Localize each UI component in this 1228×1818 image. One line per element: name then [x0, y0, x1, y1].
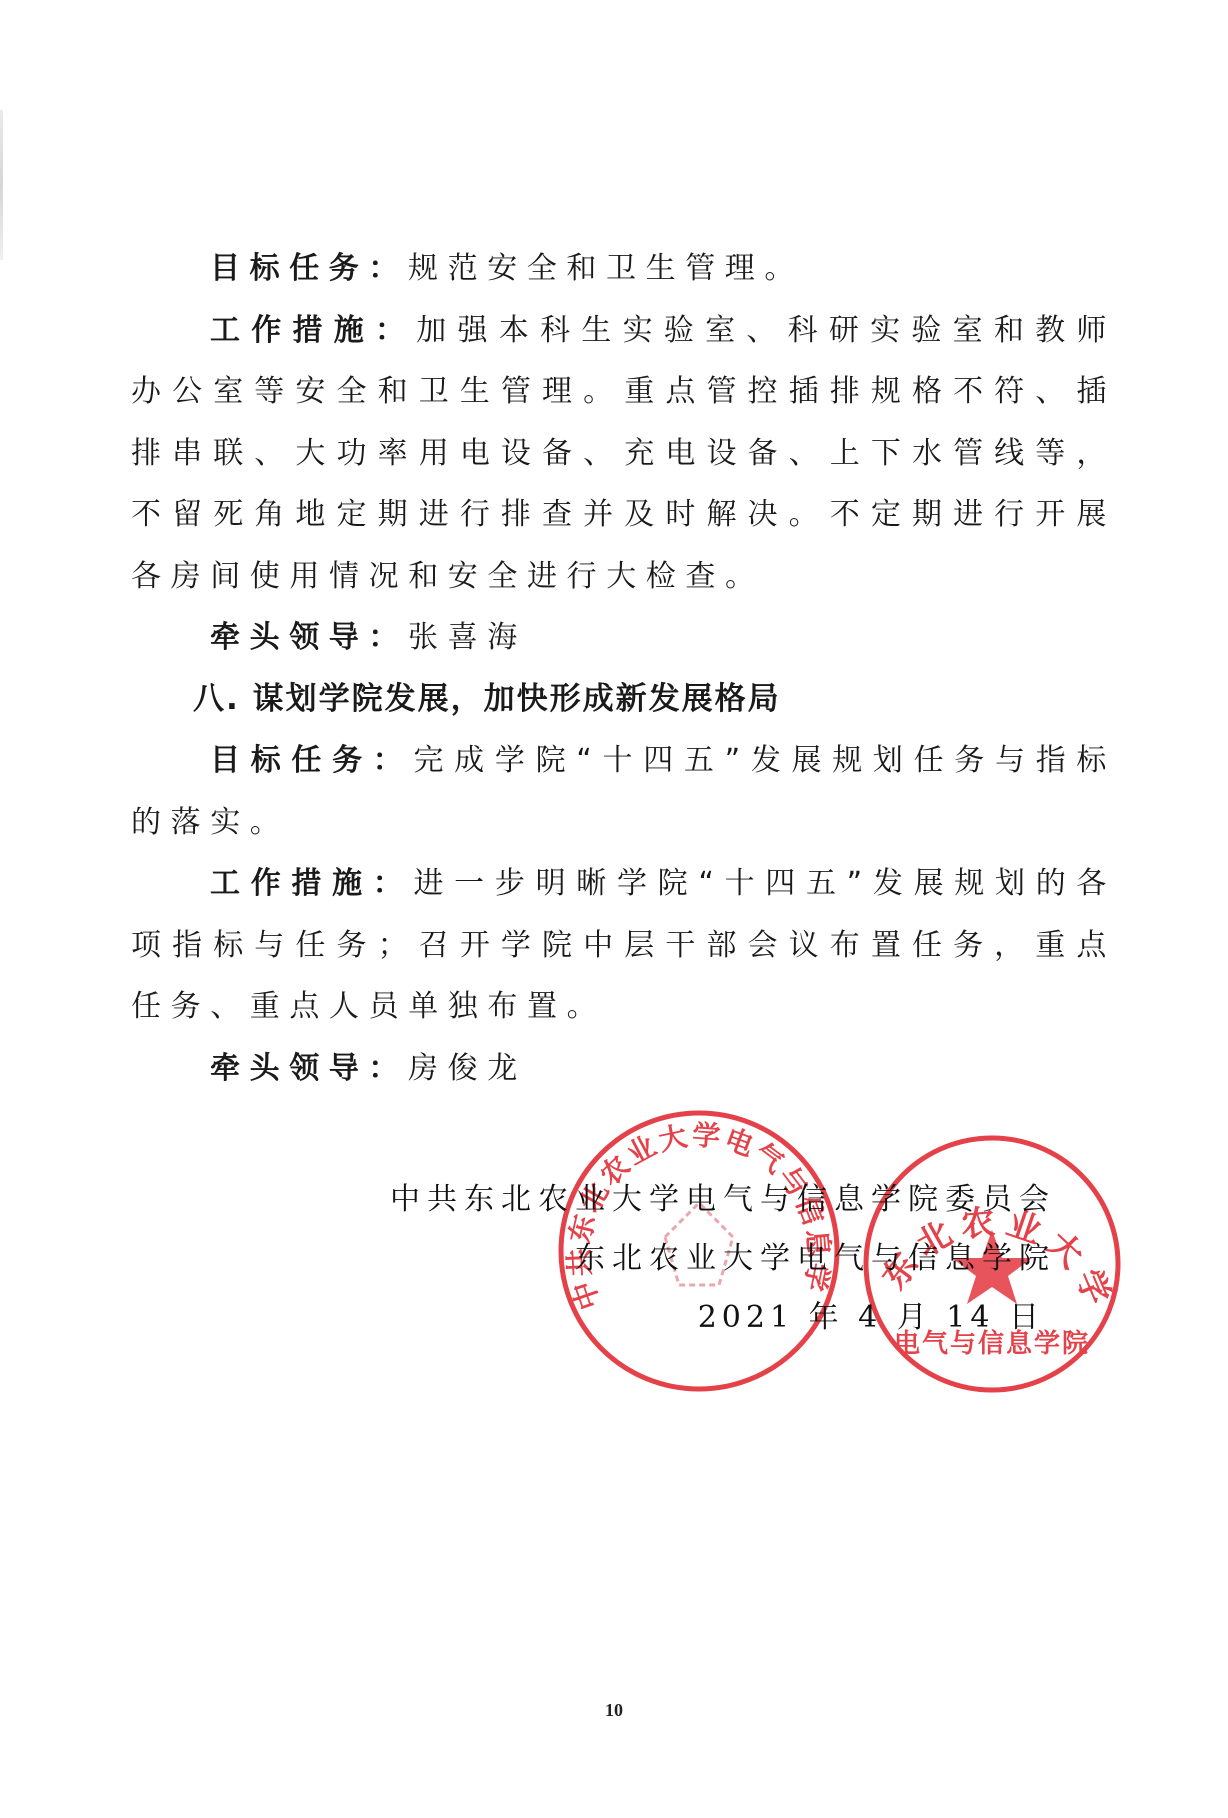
signature-block: 中共东北农业大学电气与信息学院委员会 东北农业大学电气与信息学院 2021 年 … — [390, 1170, 1056, 1347]
document-body: 目标任务：规范安全和卫生管理。 工作措施：加强本科生实验室、科研实验室和教师办公… — [131, 238, 1116, 1099]
section-heading-8: 八. 谋划学院发展，加快形成新发展格局 — [131, 669, 1116, 731]
signature-date: 2021 年 4 月 14 日 — [390, 1288, 1044, 1347]
document-page: 目标任务：规范安全和卫生管理。 工作措施：加强本科生实验室、科研实验室和教师办公… — [0, 0, 1228, 1818]
signature-committee: 中共东北农业大学电气与信息学院委员会 — [390, 1170, 1056, 1229]
lead-leader-1: 牵头领导：张喜海 — [131, 607, 1116, 669]
page-number: 10 — [0, 1700, 1228, 1721]
scan-edge-artifact — [0, 110, 3, 260]
target-task-2: 目标任务：完成学院“十四五”发展规划任务与指标的落实。 — [131, 730, 1116, 853]
signature-college: 东北农业大学电气与信息学院 — [390, 1229, 1056, 1288]
work-measures-2: 工作措施：进一步明晰学院“十四五”发展规划的各项指标与任务；召开学院中层干部会议… — [131, 853, 1116, 1038]
work-measures-1: 工作措施：加强本科生实验室、科研实验室和教师办公室等安全和卫生管理。重点管控插排… — [131, 300, 1116, 608]
target-task-1: 目标任务：规范安全和卫生管理。 — [131, 238, 1116, 300]
lead-leader-2: 牵头领导：房俊龙 — [131, 1038, 1116, 1100]
